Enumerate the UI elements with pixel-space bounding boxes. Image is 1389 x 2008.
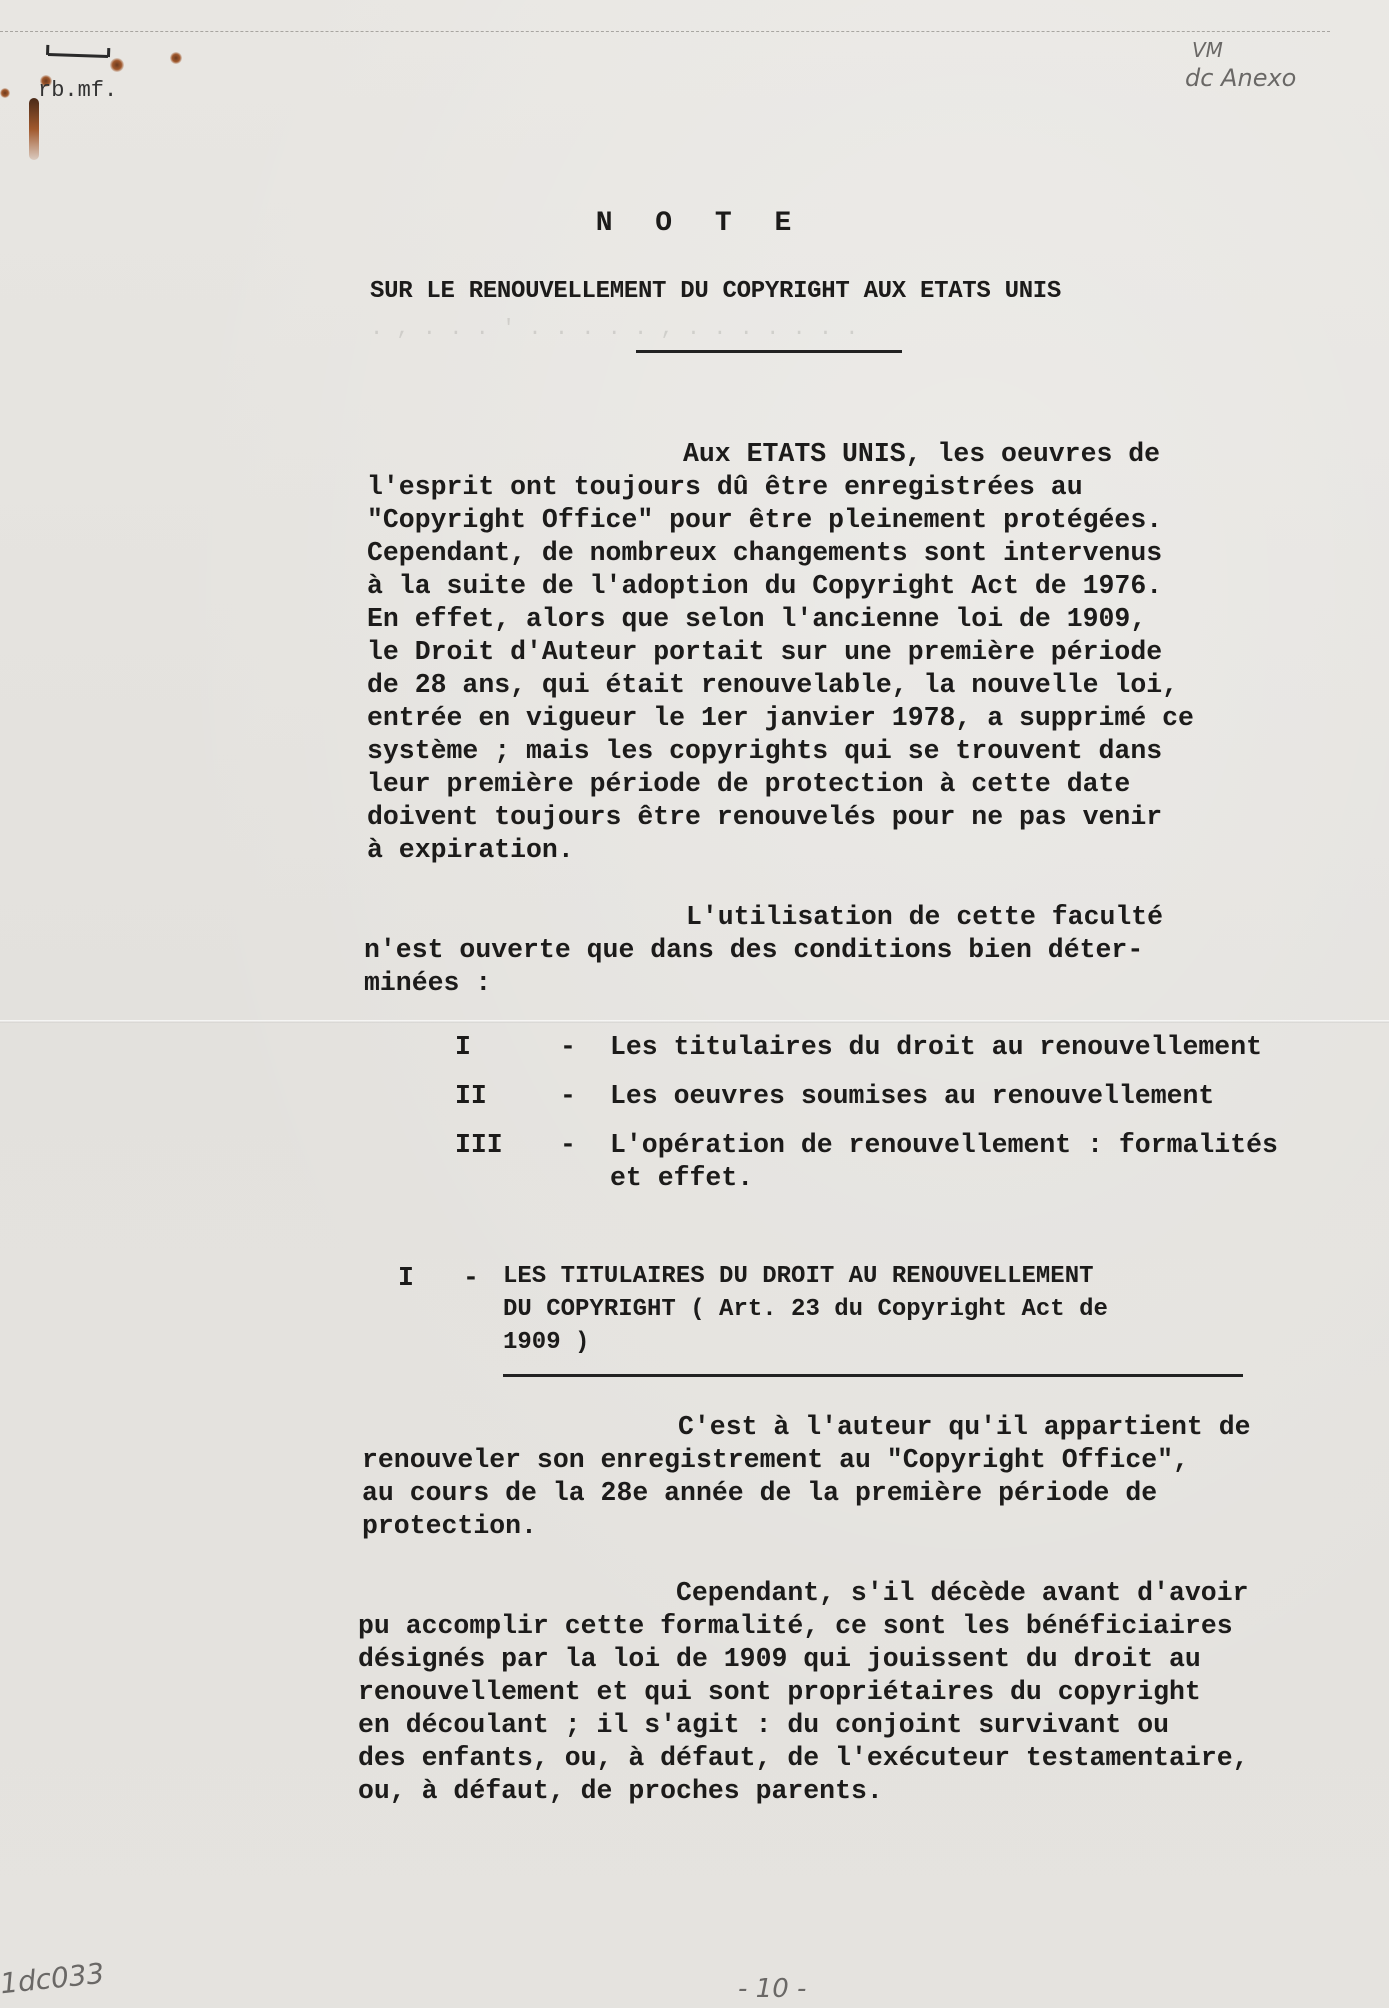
paragraph-line: à expiration. — [367, 835, 574, 865]
section-dash: - — [463, 1263, 479, 1293]
paragraph-line: minées : — [364, 968, 491, 998]
rust-streak — [29, 98, 39, 160]
paragraph-line: "Copyright Office" pour être pleinement … — [367, 505, 1162, 535]
paragraph-line: leur première période de protection à ce… — [367, 769, 1130, 799]
paragraph-line: n'est ouverte que dans des conditions bi… — [364, 935, 1143, 965]
paragraph-line: le Droit d'Auteur portait sur une premiè… — [367, 637, 1162, 667]
rust-stain — [110, 58, 124, 72]
handwritten-archive-code: 1dc033 — [0, 1957, 106, 2001]
outline-number: II — [455, 1081, 487, 1111]
outline-text: Les titulaires du droit au renouvellemen… — [610, 1032, 1262, 1062]
paragraph-line: ou, à défaut, de proches parents. — [358, 1776, 883, 1806]
bleed-through-text: . , . . . ' . . . . . , . . . . . . . — [370, 316, 858, 341]
outline-number: III — [455, 1130, 503, 1160]
handwritten-note-line-1: VM — [1192, 38, 1223, 62]
page-top-edge — [0, 31, 1330, 33]
paragraph-line: protection. — [362, 1511, 537, 1541]
paragraph-line: système ; mais les copyrights qui se tro… — [367, 736, 1162, 766]
paragraph-line: entrée en vigueur le 1er janvier 1978, a… — [367, 703, 1194, 733]
paragraph-line: Cependant, s'il décède avant d'avoir — [676, 1578, 1249, 1608]
paragraph-line: à la suite de l'adoption du Copyright Ac… — [367, 571, 1162, 601]
paragraph-line: doivent toujours être renouvelés pour ne… — [367, 802, 1162, 832]
document-title: N O T E — [0, 208, 1389, 239]
scanned-page: rb.mf. VM dc Anexo . , . . . ' . . . . .… — [0, 0, 1389, 2008]
paragraph-line: de 28 ans, qui était renouvelable, la no… — [367, 670, 1178, 700]
paragraph-line: renouvellement et qui sont propriétaires… — [358, 1677, 1201, 1707]
paragraph-line: pu accomplir cette formalité, ce sont le… — [358, 1611, 1233, 1641]
rust-stain — [170, 52, 182, 64]
outline-dash: - — [560, 1081, 576, 1111]
paper-fold-crease — [0, 1020, 1389, 1023]
outline-text: et effet. — [610, 1163, 753, 1193]
paragraph-line: désignés par la loi de 1909 qui jouissen… — [358, 1644, 1201, 1674]
outline-number: I — [455, 1032, 471, 1062]
paragraph-line: en découlant ; il s'agit : du conjoint s… — [358, 1710, 1169, 1740]
section-heading-line: LES TITULAIRES DU DROIT AU RENOUVELLEMEN… — [503, 1263, 1094, 1290]
typed-mark — [48, 53, 108, 58]
reference-initials: rb.mf. — [38, 78, 117, 103]
title-underline — [636, 350, 902, 353]
outline-text: Les oeuvres soumises au renouvellement — [610, 1081, 1214, 1111]
outline-dash: - — [560, 1130, 576, 1160]
outline-dash: - — [560, 1032, 576, 1062]
page-number: - 10 - — [738, 1974, 806, 2004]
section-heading-line: DU COPYRIGHT ( Art. 23 du Copyright Act … — [503, 1296, 1108, 1323]
document-subtitle: SUR LE RENOUVELLEMENT DU COPYRIGHT AUX E… — [370, 278, 1061, 305]
paragraph-line: renouveler son enregistrement au "Copyri… — [362, 1445, 1189, 1475]
section-heading-underline — [503, 1374, 1243, 1377]
outline-text: L'opération de renouvellement : formalit… — [610, 1130, 1278, 1160]
rust-stain — [0, 88, 10, 98]
handwritten-note-line-2: dc Anexo — [1185, 64, 1296, 92]
section-heading-line: 1909 ) — [503, 1329, 589, 1356]
paragraph-line: Aux ETATS UNIS, les oeuvres de — [683, 439, 1160, 469]
paragraph-line: au cours de la 28e année de la première … — [362, 1478, 1157, 1508]
paragraph-line: Cependant, de nombreux changements sont … — [367, 538, 1162, 568]
section-number: I — [398, 1263, 414, 1293]
paragraph-line: En effet, alors que selon l'ancienne loi… — [367, 604, 1146, 634]
paragraph-line: des enfants, ou, à défaut, de l'exécuteu… — [358, 1743, 1249, 1773]
paragraph-line: l'esprit ont toujours dû être enregistré… — [367, 472, 1083, 502]
paragraph-line: L'utilisation de cette faculté — [686, 902, 1163, 932]
paragraph-line: C'est à l'auteur qu'il appartient de — [678, 1412, 1251, 1442]
